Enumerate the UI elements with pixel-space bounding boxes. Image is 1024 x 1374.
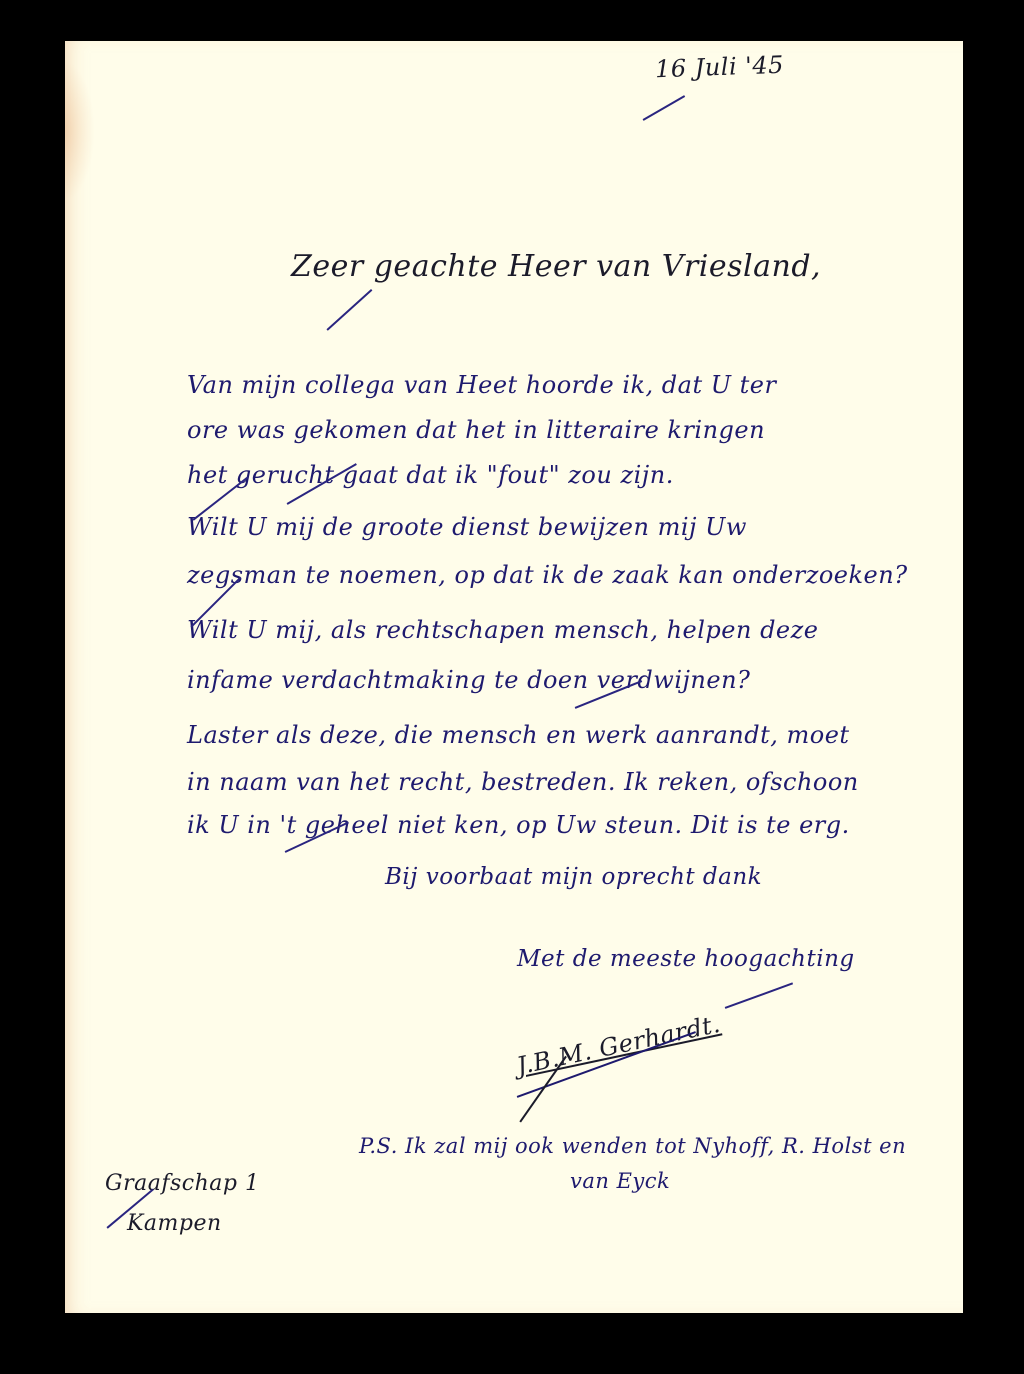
- body-line-6: Wilt U mij, als rechtschapen mensch, hel…: [187, 616, 818, 644]
- postscript-line-2: van Eyck: [570, 1169, 670, 1193]
- thanks-line: Bij voorbaat mijn oprecht dank: [385, 864, 762, 890]
- body-line-3: het gerucht gaat dat ik "fout" zou zijn.: [187, 461, 674, 489]
- body-line-7: infame verdachtmaking te doen verdwijnen…: [187, 666, 750, 694]
- address-line-2: Kampen: [127, 1211, 222, 1236]
- letter-date: 16 Juli '45: [655, 51, 785, 83]
- body-line-2: ore was gekomen dat het in litteraire kr…: [187, 416, 765, 444]
- pen-stroke: [725, 982, 793, 1008]
- paper-stain: [65, 61, 95, 201]
- pen-stroke: [643, 95, 685, 120]
- address-line-1: Graafschap 1: [105, 1171, 259, 1196]
- pen-stroke: [326, 289, 372, 330]
- body-line-1: Van mijn collega van Heet hoorde ik, dat…: [187, 371, 776, 399]
- signature: J.B.M. Gerhardt.: [514, 1010, 723, 1080]
- salutation: Zeer geachte Heer van Vriesland,: [291, 249, 821, 284]
- body-line-5: zegsman te noemen, op dat ik de zaak kan…: [187, 561, 908, 589]
- closing-line: Met de meeste hoogachting: [517, 946, 855, 972]
- postscript-line-1: P.S. Ik zal mij ook wenden tot Nyhoff, R…: [359, 1134, 906, 1158]
- body-line-8: Laster als deze, die mensch en werk aanr…: [187, 721, 850, 749]
- body-line-9: in naam van het recht, bestreden. Ik rek…: [187, 768, 859, 796]
- body-line-10: ik U in 't geheel niet ken, op Uw steun.…: [187, 811, 850, 839]
- letter-page: 16 Juli '45 Zeer geachte Heer van Vriesl…: [65, 41, 963, 1313]
- body-line-4: Wilt U mij de groote dienst bewijzen mij…: [187, 513, 747, 541]
